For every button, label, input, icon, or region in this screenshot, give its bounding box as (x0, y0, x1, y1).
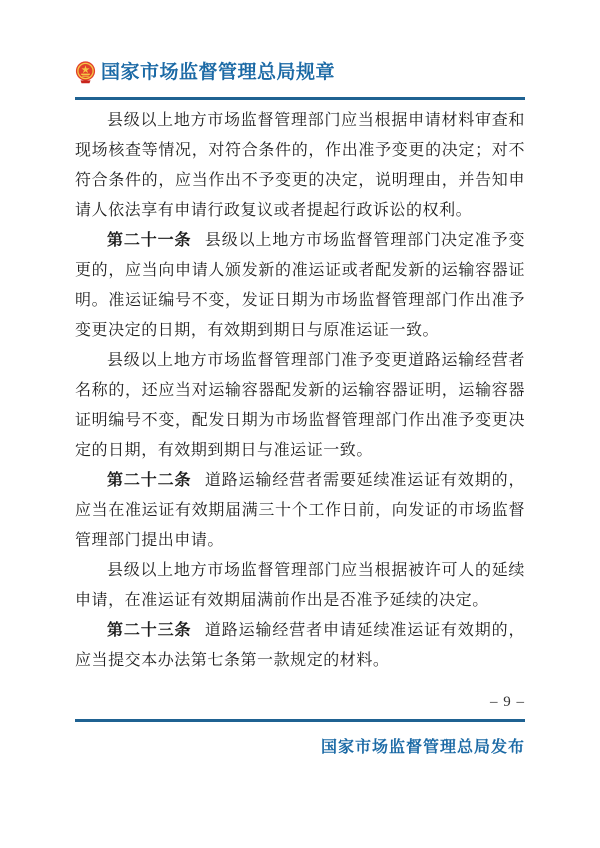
article-number: 第二十三条 (107, 622, 191, 639)
page-number: – 9 – (75, 691, 525, 713)
footer-divider (75, 719, 525, 722)
paragraph-text: 县级以上地方市场监督管理部门准予变更道路运输经营者名称的，还应当对运输容器配发新… (75, 352, 525, 459)
national-emblem-icon (75, 61, 96, 84)
publisher-line: 国家市场监督管理总局发布 (75, 736, 525, 760)
paragraph: 第二十二条道路运输经营者需要延续准运证有效期的，应当在准运证有效期届满三十个工作… (75, 466, 525, 556)
paragraph-text: 县级以上地方市场监督管理部门应当根据申请材料审查和现场核查等情况，对符合条件的，… (75, 112, 525, 219)
paragraph: 县级以上地方市场监督管理部门应当根据被许可人的延续申请，在准运证有效期届满前作出… (75, 556, 525, 616)
paragraph: 县级以上地方市场监督管理部门应当根据申请材料审查和现场核查等情况，对符合条件的，… (75, 106, 525, 226)
document-text: 县级以上地方市场监督管理部门应当根据申请材料审查和现场核查等情况，对符合条件的，… (75, 106, 525, 676)
article-number: 第二十一条 (107, 232, 191, 249)
page-sheet: 国家市场监督管理总局规章 县级以上地方市场监督管理部门应当根据申请材料审查和现场… (75, 0, 525, 848)
paragraph-text: 县级以上地方市场监督管理部门应当根据被许可人的延续申请，在准运证有效期届满前作出… (75, 562, 525, 609)
paragraph: 第二十一条县级以上地方市场监督管理部门决定准予变更的，应当向申请人颁发新的准运证… (75, 226, 525, 346)
paragraph: 县级以上地方市场监督管理部门准予变更道路运输经营者名称的，还应当对运输容器配发新… (75, 346, 525, 466)
header-title: 国家市场监督管理总局规章 (101, 61, 335, 84)
page-header: 国家市场监督管理总局规章 (75, 61, 525, 84)
document-page: { "header": { "emblem_icon": "china-nati… (0, 0, 600, 848)
paragraph: 第二十三条道路运输经营者申请延续准运证有效期的，应当提交本办法第七条第一款规定的… (75, 616, 525, 676)
header-divider (75, 97, 525, 100)
article-number: 第二十二条 (107, 472, 191, 489)
